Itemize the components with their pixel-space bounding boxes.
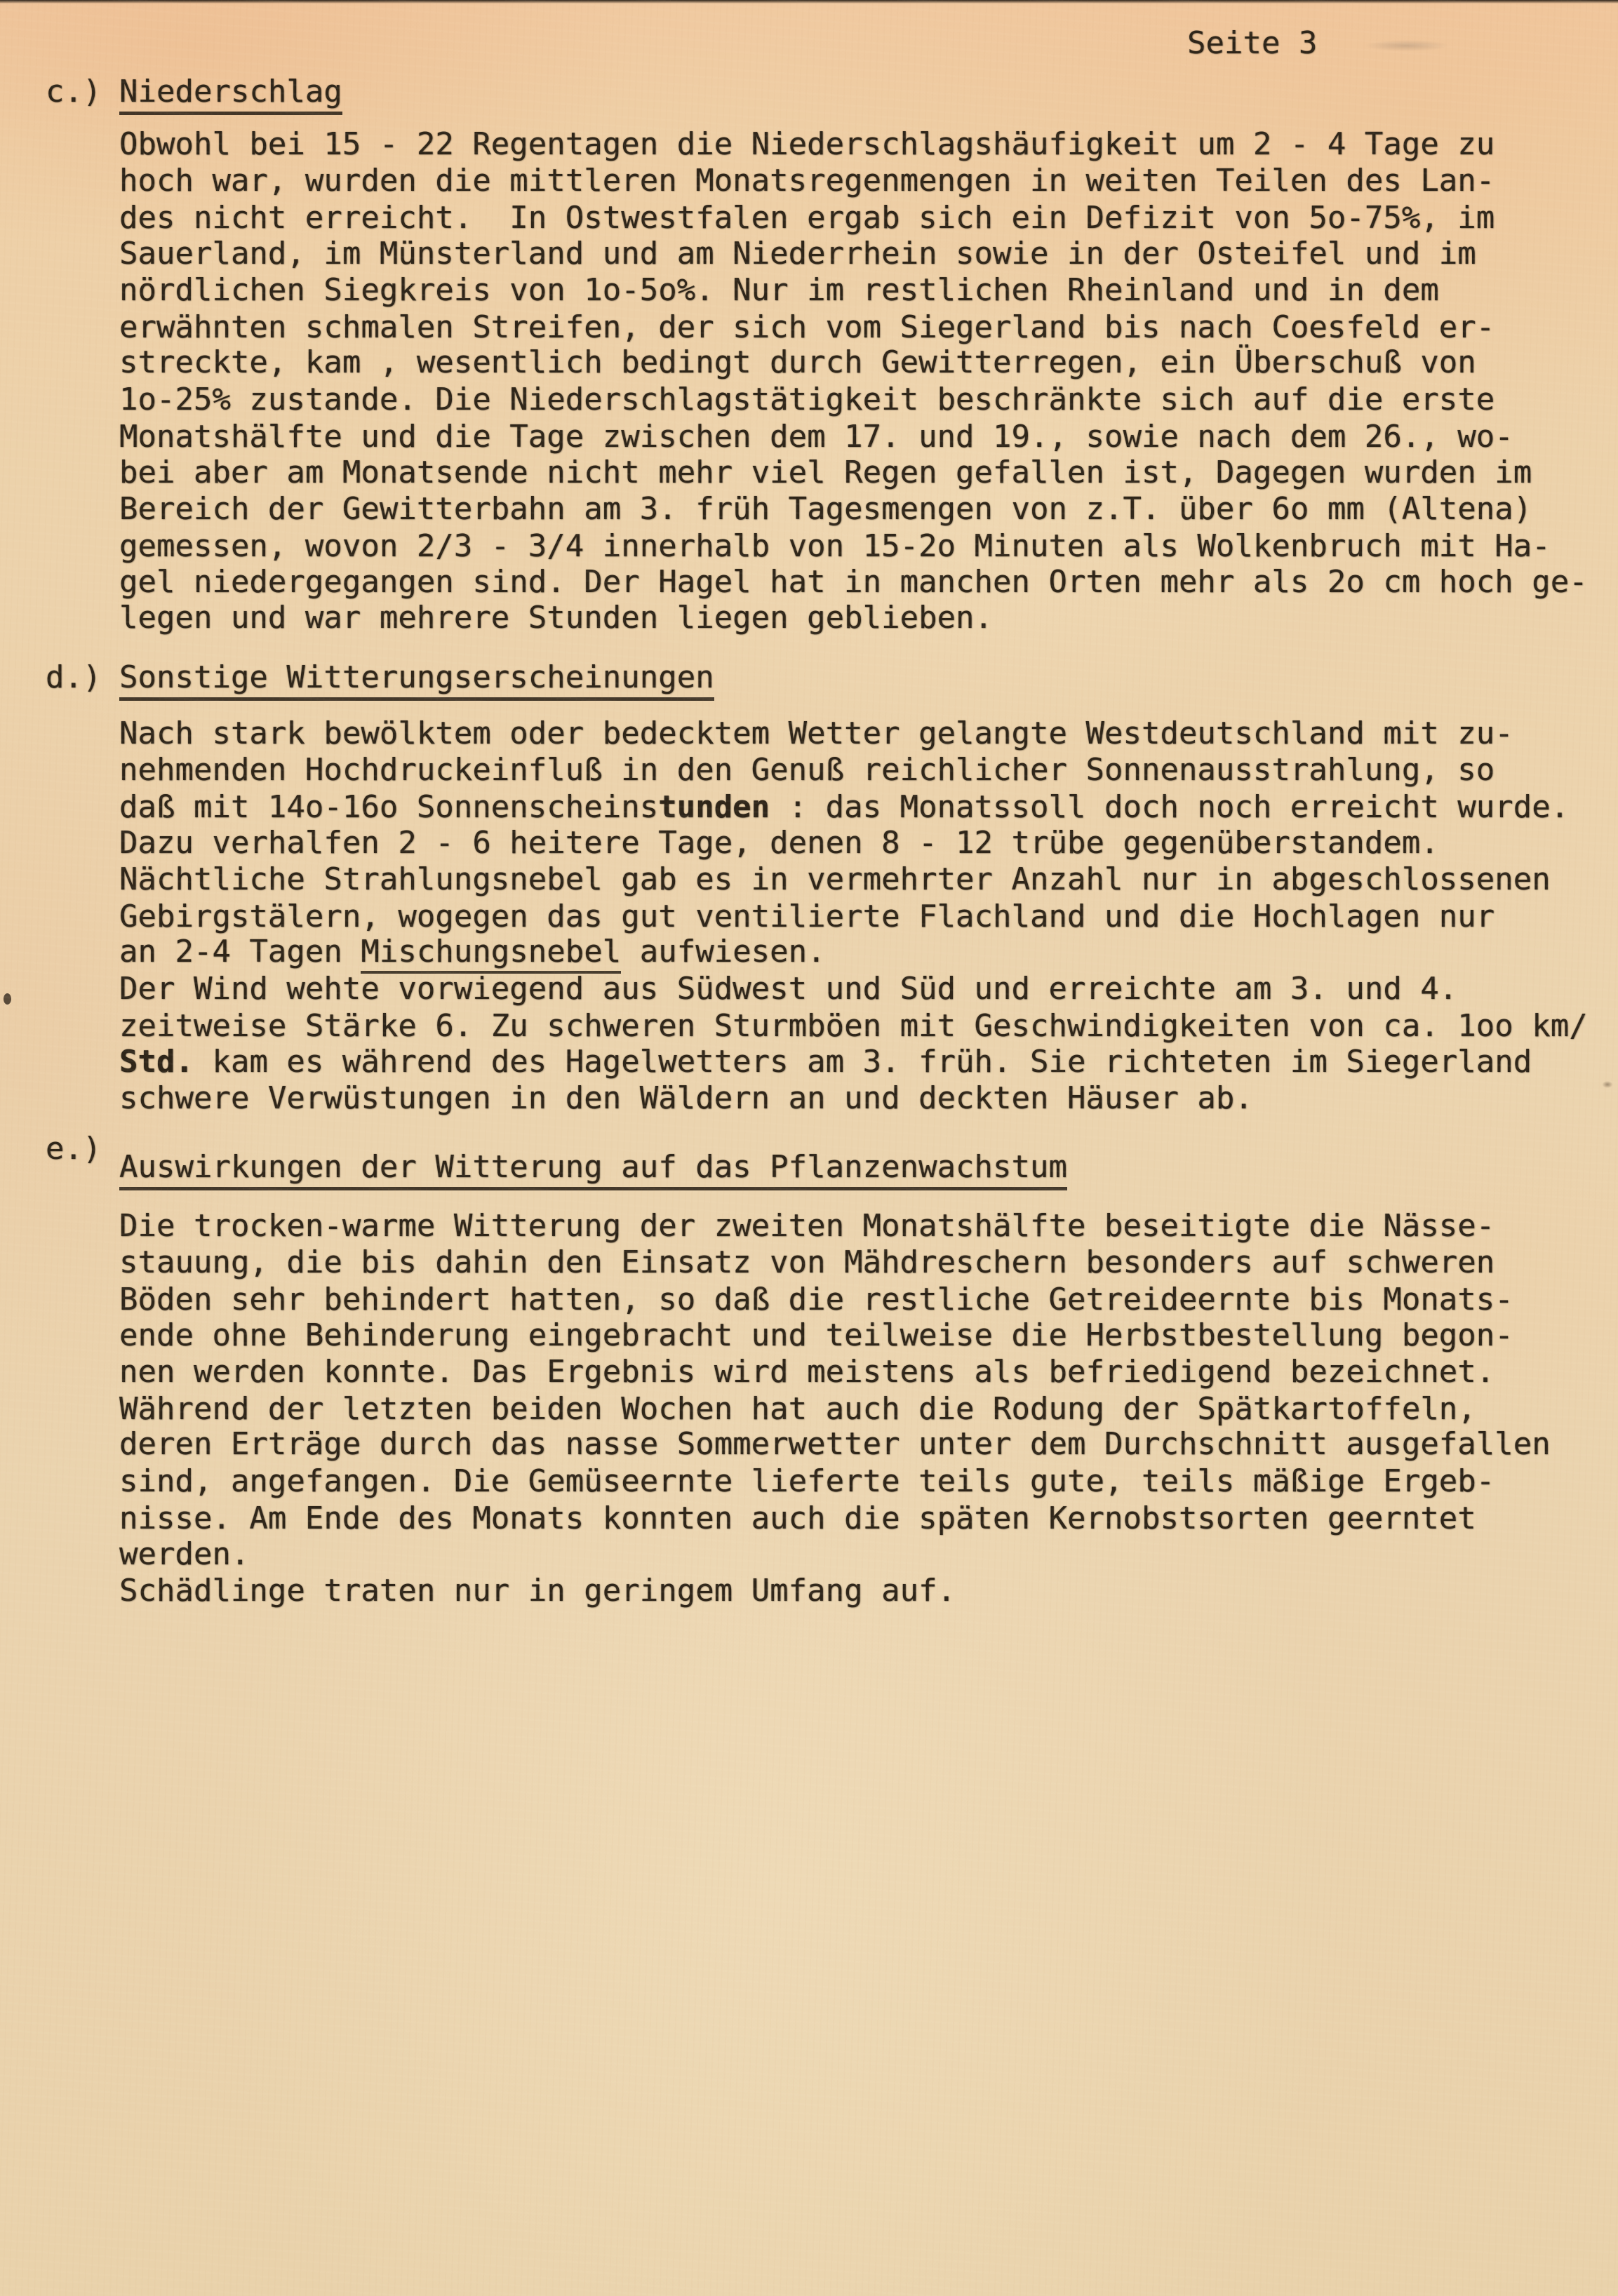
text-segment: zeitweise Stärke 6. Zu schweren Sturmböe… (119, 1008, 1588, 1044)
text-segment: Nach stark bewölktem oder bedecktem Wett… (119, 716, 1513, 751)
section-paragraph: Obwohl bei 15 - 22 Regentagen die Nieder… (119, 126, 1618, 637)
ink-speck-right-margin (1601, 1080, 1614, 1089)
section-heading-text: Niederschlag (119, 74, 342, 115)
section-paragraph: Die trocken-warme Witterung der zweiten … (119, 1208, 1618, 1609)
text-segment: kam es während des Hagelwetters am 3. fr… (194, 1044, 1532, 1080)
text-segment: daß mit 14o-16o Sonnenscheins (119, 789, 658, 825)
text-segment: Dazu verhalfen 2 - 6 heitere Tage, denen… (119, 825, 1439, 861)
text-segment: erwähnten schmalen Streifen, der sich vo… (119, 309, 1495, 345)
text-segment: ende ohne Behinderung eingebracht und te… (119, 1317, 1513, 1353)
ink-smudge-header (1354, 39, 1459, 53)
text-line: 1o-25% zustande. Die Niederschlagstätigk… (119, 382, 1618, 418)
text-line: stauung, die bis dahin den Einsatz von M… (119, 1244, 1618, 1281)
text-line: nen werden konnte. Das Ergebnis wird mei… (119, 1354, 1618, 1390)
underlined-text: Mischungsnebel (361, 934, 621, 974)
scan-top-edge-artifact (0, 0, 1618, 4)
text-segment: Während der letzten beiden Wochen hat au… (119, 1391, 1476, 1427)
text-line: daß mit 14o-16o Sonnenscheinstunden : da… (119, 789, 1618, 826)
text-line: nisse. Am Ende des Monats konnten auch d… (119, 1501, 1618, 1537)
text-segment: gemessen, wovon 2/3 - 3/4 innerhalb von … (119, 528, 1551, 564)
text-segment: bei aber am Monatsende nicht mehr viel R… (119, 455, 1532, 490)
page-number: Seite 3 (1187, 25, 1317, 62)
text-line: Dazu verhalfen 2 - 6 heitere Tage, denen… (119, 825, 1618, 861)
text-segment: Die trocken-warme Witterung der zweiten … (119, 1208, 1495, 1244)
text-segment: aufwiesen. (621, 934, 825, 969)
text-segment: an 2-4 Tagen (119, 934, 361, 969)
text-segment: nehmenden Hochdruckeinfluß in den Genuß … (119, 752, 1495, 788)
text-line: Obwohl bei 15 - 22 Regentagen die Nieder… (119, 126, 1618, 163)
text-segment: streckte, kam , wesentlich bedingt durch… (119, 344, 1476, 380)
section-marker: e.) (46, 1131, 101, 1167)
scanned-typewritten-page: Seite 3 c.)NiederschlagObwohl bei 15 - 2… (0, 0, 1618, 2296)
text-segment: Schädlinge traten nur in geringem Umfang… (119, 1573, 956, 1609)
text-line: Böden sehr behindert hatten, so daß die … (119, 1282, 1618, 1318)
text-line: des nicht erreicht. In Ostwestfalen erga… (119, 200, 1618, 236)
ink-speck-left-margin (4, 993, 11, 1005)
section-e: e.)Auswirkungen der Witterung auf das Pf… (0, 1149, 1618, 1609)
text-line: gel niedergegangen sind. Der Hagel hat i… (119, 564, 1618, 600)
text-segment: nördlichen Siegkreis von 1o-5o%. Nur im … (119, 272, 1439, 308)
text-segment: : das Monatssoll doch noch erreicht wurd… (770, 789, 1569, 825)
text-line: schwere Verwüstungen in den Wäldern an u… (119, 1080, 1618, 1117)
text-segment: deren Erträge durch das nasse Sommerwett… (119, 1426, 1551, 1462)
text-segment: Std. (119, 1044, 194, 1080)
text-line: Bereich der Gewitterbahn am 3. früh Tage… (119, 491, 1618, 528)
text-line: Während der letzten beiden Wochen hat au… (119, 1391, 1618, 1428)
text-segment: Der Wind wehte vorwiegend aus Südwest un… (119, 971, 1457, 1007)
text-line: Gebirgstälern, wogegen das gut ventilier… (119, 899, 1618, 935)
text-line: an 2-4 Tagen Mischungsnebel aufwiesen. (119, 934, 1618, 970)
section-marker: d.) (46, 659, 101, 696)
section-heading: Auswirkungen der Witterung auf das Pflan… (119, 1149, 1618, 1186)
text-segment: Obwohl bei 15 - 22 Regentagen die Nieder… (119, 126, 1495, 162)
text-segment: Bereich der Gewitterbahn am 3. früh Tage… (119, 491, 1532, 527)
text-line: Std. kam es während des Hagelwetters am … (119, 1044, 1618, 1080)
text-segment: Sauerland, im Münsterland und am Niederr… (119, 236, 1476, 271)
text-line: Schädlinge traten nur in geringem Umfang… (119, 1573, 1618, 1609)
text-line: nördlichen Siegkreis von 1o-5o%. Nur im … (119, 272, 1618, 309)
text-segment: nisse. Am Ende des Monats konnten auch d… (119, 1501, 1476, 1536)
text-line: deren Erträge durch das nasse Sommerwett… (119, 1426, 1618, 1463)
section-paragraph: Nach stark bewölktem oder bedecktem Wett… (119, 716, 1618, 1117)
text-segment: schwere Verwüstungen in den Wäldern an u… (119, 1080, 1253, 1116)
section-marker: c.) (46, 74, 101, 110)
text-line: Die trocken-warme Witterung der zweiten … (119, 1208, 1618, 1244)
text-segment: legen und war mehrere Stunden liegen geb… (119, 600, 993, 636)
text-segment: gel niedergegangen sind. Der Hagel hat i… (119, 564, 1588, 600)
text-line: zeitweise Stärke 6. Zu schweren Sturmböe… (119, 1008, 1618, 1045)
text-segment: hoch war, wurden die mittleren Monatsreg… (119, 163, 1495, 199)
text-line: Der Wind wehte vorwiegend aus Südwest un… (119, 971, 1618, 1007)
text-line: Nächtliche Strahlungsnebel gab es in ver… (119, 861, 1618, 898)
text-segment: werden. (119, 1536, 249, 1572)
text-segment: des nicht erreicht. In Ostwestfalen erga… (119, 200, 1495, 236)
text-line: erwähnten schmalen Streifen, der sich vo… (119, 309, 1618, 346)
text-line: bei aber am Monatsende nicht mehr viel R… (119, 455, 1618, 491)
text-line: nehmenden Hochdruckeinfluß in den Genuß … (119, 752, 1618, 788)
text-line: hoch war, wurden die mittleren Monatsreg… (119, 163, 1618, 199)
text-line: legen und war mehrere Stunden liegen geb… (119, 600, 1618, 636)
text-line: Sauerland, im Münsterland und am Niederr… (119, 236, 1618, 272)
text-segment: sind, angefangen. Die Gemüseernte liefer… (119, 1463, 1495, 1499)
text-line: ende ohne Behinderung eingebracht und te… (119, 1317, 1618, 1354)
section-heading-text: Auswirkungen der Witterung auf das Pflan… (119, 1149, 1067, 1190)
text-line: Nach stark bewölktem oder bedecktem Wett… (119, 716, 1618, 752)
text-line: gemessen, wovon 2/3 - 3/4 innerhalb von … (119, 528, 1618, 565)
text-segment: Böden sehr behindert hatten, so daß die … (119, 1282, 1513, 1317)
section-heading: Sonstige Witterungserscheinungen (119, 659, 1618, 696)
text-segment: stauung, die bis dahin den Einsatz von M… (119, 1244, 1495, 1280)
text-segment: Nächtliche Strahlungsnebel gab es in ver… (119, 861, 1551, 897)
text-segment: Gebirgstälern, wogegen das gut ventilier… (119, 899, 1495, 934)
section-heading-text: Sonstige Witterungserscheinungen (119, 659, 714, 701)
text-segment: 1o-25% zustande. Die Niederschlagstätigk… (119, 382, 1495, 417)
text-line: Monatshälfte und die Tage zwischen dem 1… (119, 419, 1618, 455)
section-c: c.)NiederschlagObwohl bei 15 - 22 Regent… (0, 74, 1618, 637)
text-segment: tunden (658, 789, 770, 825)
text-line: werden. (119, 1536, 1618, 1573)
text-segment: nen werden konnte. Das Ergebnis wird mei… (119, 1354, 1495, 1390)
text-line: sind, angefangen. Die Gemüseernte liefer… (119, 1463, 1618, 1500)
text-segment: Monatshälfte und die Tage zwischen dem 1… (119, 419, 1513, 455)
text-line: streckte, kam , wesentlich bedingt durch… (119, 344, 1618, 381)
section-heading: Niederschlag (119, 74, 1618, 110)
section-d: d.)Sonstige WitterungserscheinungenNach … (0, 659, 1618, 1117)
